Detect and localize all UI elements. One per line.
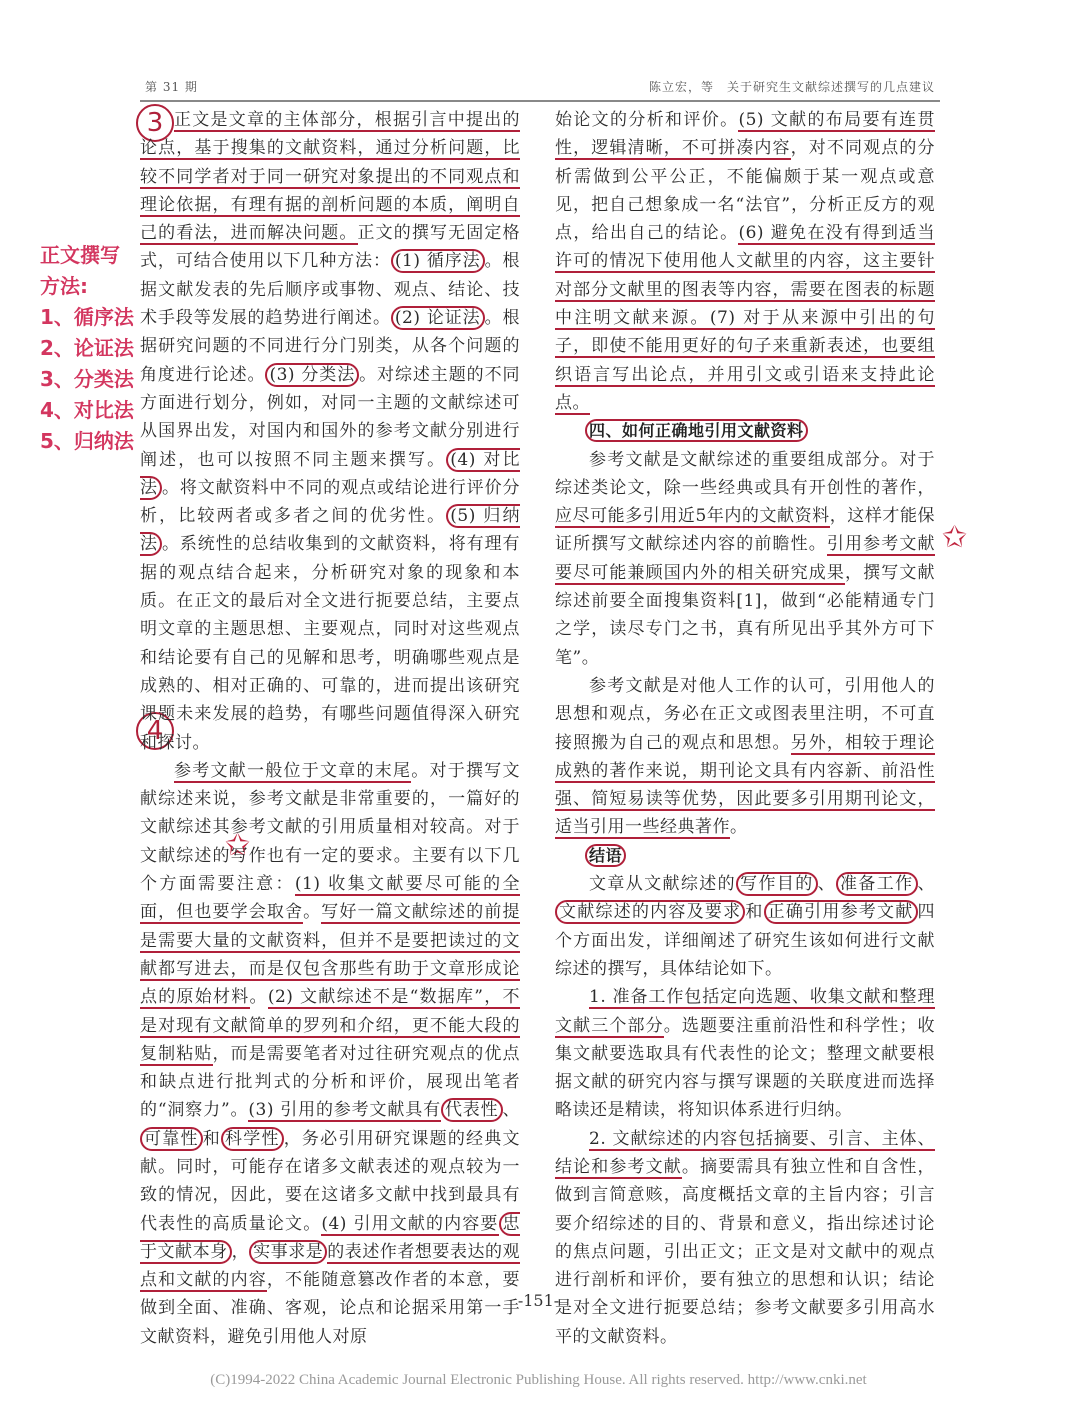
star-annotation-icon: ✩ bbox=[942, 520, 967, 555]
method-1: (1) 循序法 bbox=[391, 249, 485, 273]
side-note-item: 1、循序法 bbox=[40, 302, 134, 333]
copyright-notice: (C)1994-2022 China Academic Journal Elec… bbox=[0, 1372, 1077, 1389]
side-note-item: 3、分类法 bbox=[40, 364, 134, 395]
paragraph-citation-2: 参考文献是对他人工作的认可，引用他人的思想和观点，务必在正文或图表里注明，不可直… bbox=[555, 672, 935, 842]
side-note-title: 正文撰写 bbox=[40, 240, 134, 271]
method-2: (2) 论证法 bbox=[391, 306, 485, 330]
paragraph-citation-1: 参考文献是文献综述的重要组成部分。对于综述类论文，除一些经典或具有开创性的著作，… bbox=[555, 446, 935, 672]
side-note-item: 2、论证法 bbox=[40, 333, 134, 364]
page-number: -151- bbox=[0, 1291, 1077, 1310]
section-heading-conclusion: 结语 bbox=[555, 842, 935, 870]
paragraph-conclusion-1: 1. 准备工作包括定向选题、收集文献和整理文献三个部分。选题要注重前沿性和科学性… bbox=[555, 983, 935, 1124]
running-header: 第 31 期 陈立宏，等 关于研究生文献综述撰写的几点建议 bbox=[145, 78, 935, 98]
handwritten-side-note: 正文撰写 方法: 1、循序法 2、论证法 3、分类法 4、对比法 5、归纳法 bbox=[40, 240, 134, 457]
side-note-item: 5、归纳法 bbox=[40, 426, 134, 457]
side-note-title: 方法: bbox=[40, 271, 134, 302]
right-column: 始论文的分析和评价。(5) 文献的布局要有连贯性，逻辑清晰，不可拼凑内容，对不同… bbox=[555, 106, 935, 1351]
paragraph-conclusion-2: 2. 文献综述的内容包括摘要、引言、主体、结论和参考文献。摘要需具有独立性和自含… bbox=[555, 1125, 935, 1351]
running-title: 陈立宏，等 关于研究生文献综述撰写的几点建议 bbox=[649, 78, 935, 95]
issue-number: 第 31 期 bbox=[145, 78, 198, 95]
paragraph-conclusion-intro: 文章从文献综述的写作目的、准备工作、文献综述的内容及要求和正确引用参考文献四个方… bbox=[555, 870, 935, 983]
paragraph-continued: 始论文的分析和评价。(5) 文献的布局要有连贯性，逻辑清晰，不可拼凑内容，对不同… bbox=[555, 106, 935, 417]
header-divider bbox=[140, 100, 940, 102]
method-3: (3) 分类法 bbox=[265, 363, 359, 387]
paragraph-references: 参考文献一般位于文章的末尾。对于撰写文献综述来说，参考文献是非常重要的，一篇好的… bbox=[140, 757, 520, 1351]
paragraph-body-methods: 正文是文章的主体部分，根据引言中提出的论点，基于搜集的文献资料，通过分析问题，比… bbox=[140, 106, 520, 757]
left-column: 正文是文章的主体部分，根据引言中提出的论点，基于搜集的文献资料，通过分析问题，比… bbox=[140, 106, 520, 1351]
section-heading-4: 四、如何正确地引用文献资料 bbox=[555, 417, 935, 445]
side-note-item: 4、对比法 bbox=[40, 395, 134, 426]
